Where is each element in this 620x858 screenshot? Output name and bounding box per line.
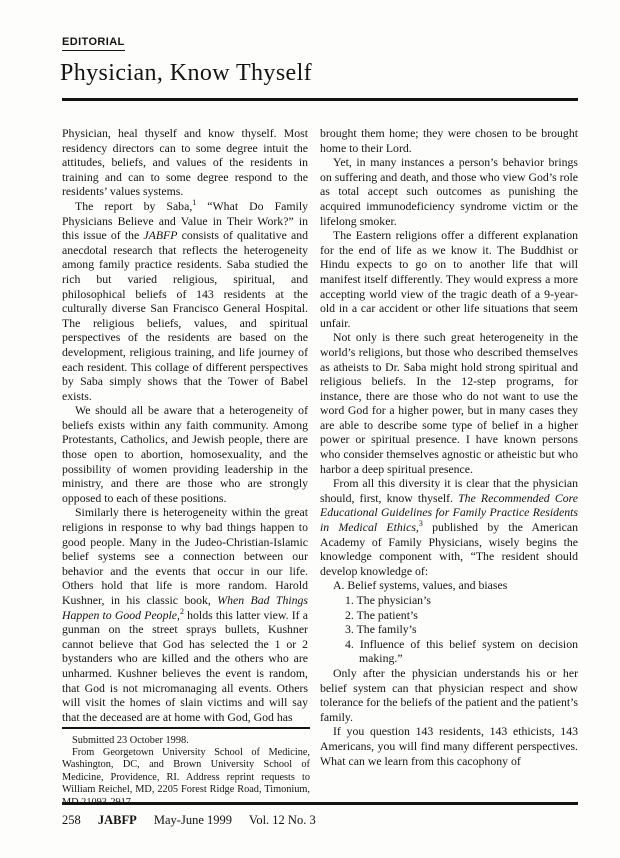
paragraph: 4. Influence of this belief system on de… xyxy=(320,637,578,666)
issue-date: May-June 1999 xyxy=(154,813,232,827)
footer-line: 258 JABFP May-June 1999 Vol. 12 No. 3 xyxy=(62,813,578,828)
body-text: The Eastern religions offer a different … xyxy=(320,228,578,330)
footer-rule xyxy=(62,802,578,805)
footnote: Submitted 23 October 1998. From Georgeto… xyxy=(62,727,310,809)
body-text: brought them home; they were chosen to b… xyxy=(320,126,578,155)
body-text: Similarly there is heterogeneity within … xyxy=(62,505,308,607)
body-text: Only after the physician understands his… xyxy=(320,666,578,724)
page-footer: 258 JABFP May-June 1999 Vol. 12 No. 3 xyxy=(62,802,578,828)
paragraph: brought them home; they were chosen to b… xyxy=(320,126,578,155)
paragraph: 3. The family’s xyxy=(320,622,578,637)
body-text: Yet, in many instances a person’s behavi… xyxy=(320,155,578,227)
body-text: If you question 143 residents, 143 ethic… xyxy=(320,724,578,767)
volume-number: Vol. 12 No. 3 xyxy=(249,813,316,827)
footnote-submitted: Submitted 23 October 1998. xyxy=(62,735,310,747)
paragraph: Yet, in many instances a person’s behavi… xyxy=(320,155,578,228)
title-rule xyxy=(62,98,578,101)
body-text: A. Belief systems, values, and biases xyxy=(333,578,507,592)
footnote-rule xyxy=(62,727,310,729)
body-text: The report by Saba, xyxy=(75,199,192,213)
journal-abbrev: JABFP xyxy=(98,813,137,827)
page-number: 258 xyxy=(62,813,81,827)
paragraph: Not only is there such great heterogenei… xyxy=(320,330,578,476)
paragraph: 2. The patient’s xyxy=(320,608,578,623)
journal-page: EDITORIAL Physician, Know Thyself Physic… xyxy=(0,0,620,858)
paragraph: A. Belief systems, values, and biases xyxy=(320,578,578,593)
body-text: Physician, heal thyself and know thyself… xyxy=(62,126,308,198)
paragraph: The Eastern religions offer a different … xyxy=(320,228,578,330)
body-text: 1. The physician’s xyxy=(345,593,431,607)
paragraph: If you question 143 residents, 143 ethic… xyxy=(320,724,578,768)
body-text: 2. The patient’s xyxy=(345,608,418,622)
paragraph: From all this diversity it is clear that… xyxy=(320,476,578,578)
body-text: consists of qualitative and anecdotal re… xyxy=(62,228,308,403)
body-text: holds this latter view. If a gunman on t… xyxy=(62,608,308,724)
body-text: 3. The family’s xyxy=(345,622,417,636)
paragraph: Physician, heal thyself and know thyself… xyxy=(62,126,308,199)
paragraph: We should all be aware that a heterogene… xyxy=(62,403,308,505)
section-label: EDITORIAL xyxy=(62,36,125,51)
right-column: brought them home; they were chosen to b… xyxy=(320,126,578,796)
paragraph: Similarly there is heterogeneity within … xyxy=(62,505,308,724)
body-text: Not only is there such great heterogenei… xyxy=(320,330,578,475)
body-text: 4. Influence of this belief system on de… xyxy=(345,637,578,666)
body-text: We should all be aware that a heterogene… xyxy=(62,403,308,505)
paragraph: 1. The physician’s xyxy=(320,593,578,608)
page-title: Physician, Know Thyself xyxy=(60,60,312,87)
paragraph: The report by Saba,1 “What Do Family Phy… xyxy=(62,199,308,403)
footnote-affiliation: From Georgetown University School of Med… xyxy=(62,747,310,809)
italic-text: JABFP xyxy=(143,228,177,242)
left-column: Physician, heal thyself and know thyself… xyxy=(62,126,308,724)
paragraph: Only after the physician understands his… xyxy=(320,666,578,724)
